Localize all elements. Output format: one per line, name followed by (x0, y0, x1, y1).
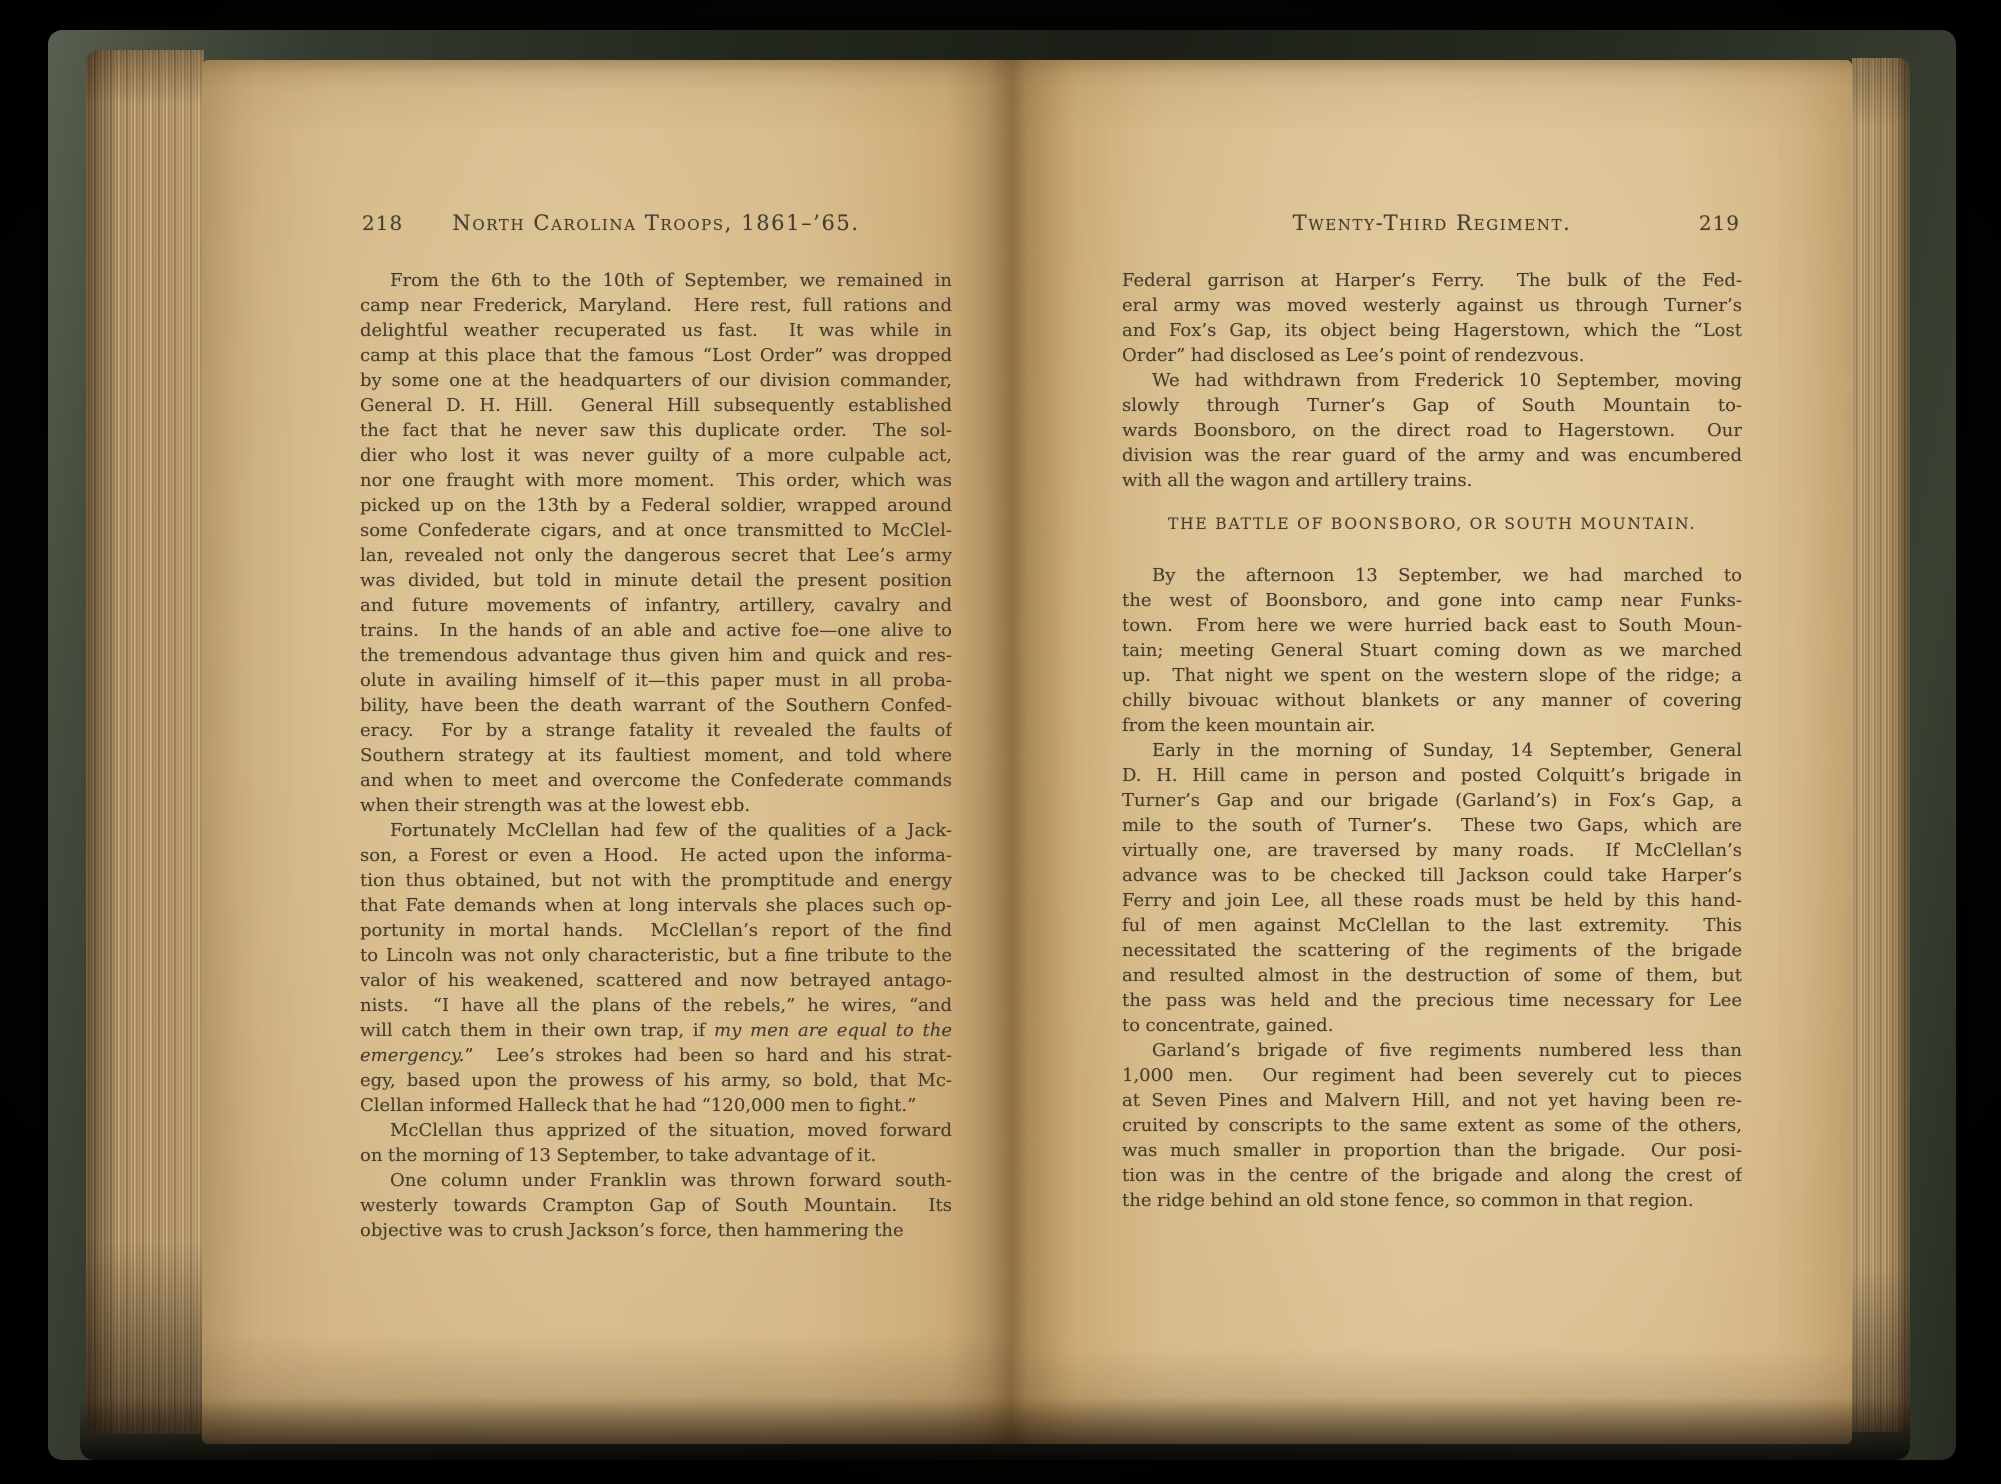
text-line: eral army was moved westerly against us … (1122, 293, 1742, 318)
text-line: at Seven Pines and Malvern Hill, and not… (1122, 1088, 1742, 1113)
text-line: camp near Frederick, Maryland. Here rest… (360, 293, 952, 318)
text-line: from the keen mountain air. (1122, 713, 1742, 738)
text-line: Federal garrison at Harper’s Ferry. The … (1122, 268, 1742, 293)
text-line: and Fox’s Gap, its object being Hagersto… (1122, 318, 1742, 343)
text-line: One column under Franklin was thrown for… (360, 1168, 952, 1193)
text-line: Ferry and join Lee, all these roads must… (1122, 888, 1742, 913)
text-line: bility, have been the death warrant of t… (360, 693, 952, 718)
text-line: necessitated the scattering of the regim… (1122, 938, 1742, 963)
text-line: picked up on the 13th by a Federal soldi… (360, 493, 952, 518)
text-line: valor of his weakened, scattered and now… (360, 968, 952, 993)
text-line: the ridge behind an old stone fence, so … (1122, 1188, 1742, 1213)
text-line: the west of Boonsboro, and gone into cam… (1122, 588, 1742, 613)
text-line: egy, based upon the prowess of his army,… (360, 1068, 952, 1093)
scan-background: { "book": { "left_page": { "page_number"… (0, 0, 2001, 1484)
text-line: and future movements of infantry, artill… (360, 593, 952, 618)
running-header-left: 218 North Carolina Troops, 1861–’65. (360, 210, 952, 268)
text-line: nor one fraught with more moment. This o… (360, 468, 952, 493)
text-line: General D. H. Hill. General Hill subsequ… (360, 393, 952, 418)
text-line: Fortunately McClellan had few of the qua… (360, 818, 952, 843)
text-line: when their strength was at the lowest eb… (360, 793, 952, 818)
text-line: Garland’s brigade of five regiments numb… (1122, 1038, 1742, 1063)
text-line: was divided, but told in minute detail t… (360, 568, 952, 593)
left-page-body: From the 6th to the 10th of September, w… (360, 268, 952, 1243)
text-line: westerly towards Crampton Gap of South M… (360, 1193, 952, 1218)
text-line: the fact that he never saw this duplicat… (360, 418, 952, 443)
text-line: division was the rear guard of the army … (1122, 443, 1742, 468)
text-line: ful of men against McClellan to the last… (1122, 913, 1742, 938)
text-line: olute in availing himself of it—this pap… (360, 668, 952, 693)
text-line: emergency.” Lee’s strokes had been so ha… (360, 1043, 952, 1068)
text-line: and resulted almost in the destruction o… (1122, 963, 1742, 988)
text-line: chilly bivouac without blankets or any m… (1122, 688, 1742, 713)
page-number-left: 218 (362, 210, 403, 236)
text-line: virtually one, are traversed by many roa… (1122, 838, 1742, 863)
text-line: By the afternoon 13 September, we had ma… (1122, 563, 1742, 588)
text-line: cruited by conscripts to the same extent… (1122, 1113, 1742, 1138)
section-heading: THE BATTLE OF BOONSBORO, OR SOUTH MOUNTA… (1122, 514, 1742, 534)
text-line: Early in the morning of Sunday, 14 Septe… (1122, 738, 1742, 763)
text-line: objective was to crush Jackson’s force, … (360, 1218, 952, 1243)
text-line: on the morning of 13 September, to take … (360, 1143, 952, 1168)
text-line: We had withdrawn from Frederick 10 Septe… (1122, 368, 1742, 393)
text-line: tion thus obtained, but not with the pro… (360, 868, 952, 893)
text-line: to Lincoln was not only characteristic, … (360, 943, 952, 968)
text-line: up. That night we spent on the western s… (1122, 663, 1742, 688)
text-line: was much smaller in proportion than the … (1122, 1138, 1742, 1163)
right-page: 219 Twenty-Third Regiment. Federal garri… (1012, 60, 1852, 1444)
text-line: 1,000 men. Our regiment had been severel… (1122, 1063, 1742, 1088)
page-edges-left (86, 50, 204, 1434)
text-line: From the 6th to the 10th of September, w… (360, 268, 952, 293)
text-line: the tremendous advantage thus given him … (360, 643, 952, 668)
text-line: to concentrate, gained. (1122, 1013, 1742, 1038)
text-line: trains. In the hands of an able and acti… (360, 618, 952, 643)
right-page-text: 219 Twenty-Third Regiment. Federal garri… (1122, 210, 1742, 1213)
text-line: tion was in the centre of the brigade an… (1122, 1163, 1742, 1188)
text-line: town. From here we were hurried back eas… (1122, 613, 1742, 638)
text-line: advance was to be checked till Jackson c… (1122, 863, 1742, 888)
text-line: mile to the south of Turner’s. These two… (1122, 813, 1742, 838)
page-number-right: 219 (1699, 210, 1740, 236)
text-line: D. H. Hill came in person and posted Col… (1122, 763, 1742, 788)
text-line: nists. “I have all the plans of the rebe… (360, 993, 952, 1018)
text-line: and when to meet and overcome the Confed… (360, 768, 952, 793)
running-header-right: 219 Twenty-Third Regiment. (1122, 210, 1742, 268)
running-title-right: Twenty-Third Regiment. (1122, 210, 1742, 236)
text-line: dier who lost it was never guilty of a m… (360, 443, 952, 468)
running-title-left: North Carolina Troops, 1861–’65. (360, 210, 952, 236)
text-line: slowly through Turner’s Gap of South Mou… (1122, 393, 1742, 418)
text-line: delightful weather recuperated us fast. … (360, 318, 952, 343)
text-line: that Fate demands when at long intervals… (360, 893, 952, 918)
left-page-text: 218 North Carolina Troops, 1861–’65. Fro… (360, 210, 952, 1243)
text-line: portunity in mortal hands. McClellan’s r… (360, 918, 952, 943)
text-line: some Confederate cigars, and at once tra… (360, 518, 952, 543)
right-page-body: Federal garrison at Harper’s Ferry. The … (1122, 268, 1742, 1213)
text-line: son, a Forest or even a Hood. He acted u… (360, 843, 952, 868)
text-line: Turner’s Gap and our brigade (Garland’s)… (1122, 788, 1742, 813)
text-line: lan, revealed not only the dangerous sec… (360, 543, 952, 568)
text-line: McClellan thus apprized of the situation… (360, 1118, 952, 1143)
text-line: will catch them in their own trap, if my… (360, 1018, 952, 1043)
text-line: camp at this place that the famous “Lost… (360, 343, 952, 368)
text-line: Clellan informed Halleck that he had “12… (360, 1093, 952, 1118)
text-line: tain; meeting General Stuart coming down… (1122, 638, 1742, 663)
text-line: by some one at the headquarters of our d… (360, 368, 952, 393)
left-page: 218 North Carolina Troops, 1861–’65. Fro… (202, 60, 1012, 1444)
text-line: with all the wagon and artillery trains. (1122, 468, 1742, 493)
text-line: the pass was held and the precious time … (1122, 988, 1742, 1013)
text-line: eracy. For by a strange fatality it reve… (360, 718, 952, 743)
text-line: Order” had disclosed as Lee’s point of r… (1122, 343, 1742, 368)
page-edges-right (1852, 58, 1910, 1432)
text-line: wards Boonsboro, on the direct road to H… (1122, 418, 1742, 443)
text-line: Southern strategy at its faultiest momen… (360, 743, 952, 768)
